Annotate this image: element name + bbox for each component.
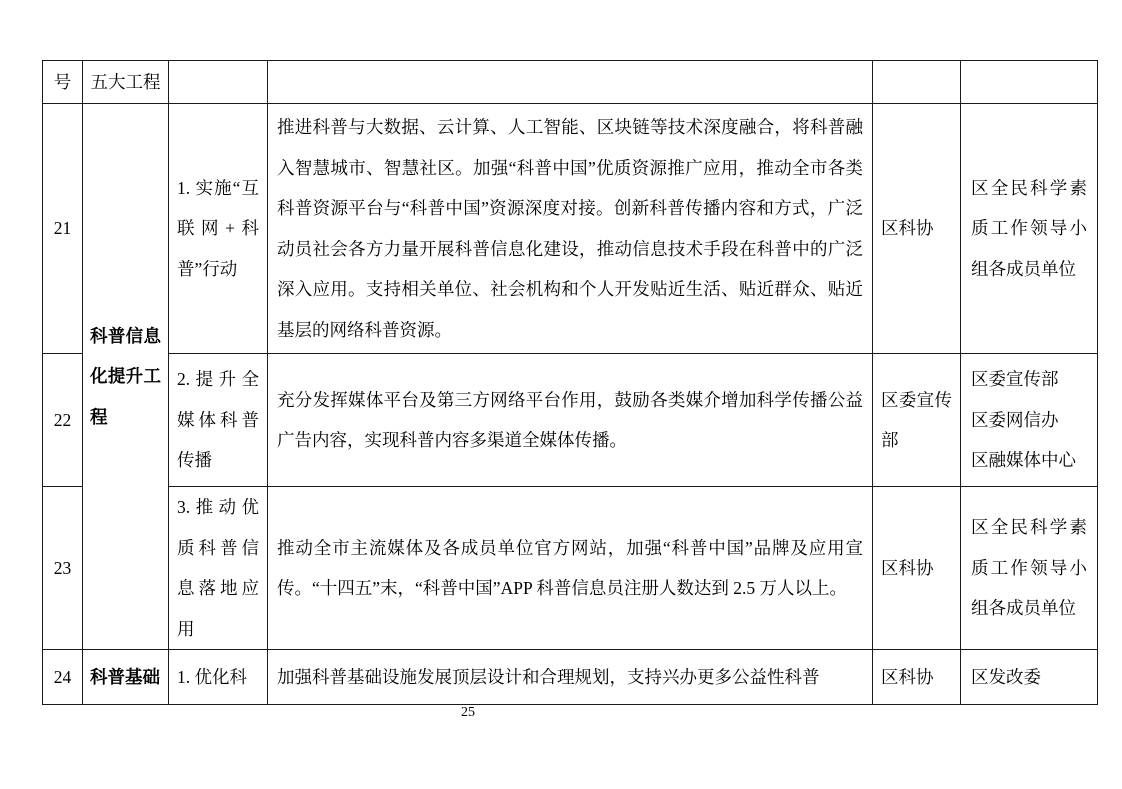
member-unit: 区发改委 — [971, 657, 1087, 698]
header-lead-unit — [873, 61, 961, 104]
cell-task: 1. 优化科 — [169, 650, 268, 705]
page-number: 25 — [438, 703, 498, 723]
member-unit: 区全民科学素质工作领导小组各成员单位 — [971, 507, 1087, 629]
member-unit: 区全民科学素质工作领导小组各成员单位 — [971, 168, 1087, 290]
cell-task: 2.提升全媒体科普传播 — [169, 354, 268, 487]
cell-project: 科普基础 — [83, 650, 169, 705]
plan-table: 号 五大工程 21 科普信息化提升工程 1. 实施“互联网+科普”行动 推进科普… — [42, 60, 1098, 705]
cell-member-units: 区全民科学素质工作领导小组各成员单位 — [961, 104, 1098, 354]
cell-task: 1. 实施“互联网+科普”行动 — [169, 104, 268, 354]
cell-member-units: 区全民科学素质工作领导小组各成员单位 — [961, 487, 1098, 650]
member-unit: 区委宣传部 — [971, 359, 1087, 400]
cell-content: 充分发挥媒体平台及第三方网络平台作用，鼓励各类媒介增加科学传播公益广告内容，实现… — [268, 354, 873, 487]
cell-lead-unit: 区科协 — [873, 487, 961, 650]
cell-task: 3.推动优质科普信息落地应用 — [169, 487, 268, 650]
cell-content: 加强科普基础设施发展顶层设计和合理规划，支持兴办更多公益性科普 — [268, 650, 873, 705]
member-unit: 区委网信办 — [971, 400, 1087, 441]
cell-no: 21 — [43, 104, 83, 354]
table-row: 23 3.推动优质科普信息落地应用 推动全市主流媒体及各成员单位官方网站，加强“… — [43, 487, 1098, 650]
cell-lead-unit: 区科协 — [873, 650, 961, 705]
cell-no: 24 — [43, 650, 83, 705]
cell-no: 22 — [43, 354, 83, 487]
document-page: 号 五大工程 21 科普信息化提升工程 1. 实施“互联网+科普”行动 推进科普… — [0, 0, 1122, 789]
header-member-units — [961, 61, 1098, 104]
cell-project: 科普信息化提升工程 — [83, 104, 169, 650]
cell-member-units: 区委宣传部 区委网信办 区融媒体中心 — [961, 354, 1098, 487]
header-five-projects: 五大工程 — [83, 61, 169, 104]
table-row: 24 科普基础 1. 优化科 加强科普基础设施发展顶层设计和合理规划，支持兴办更… — [43, 650, 1098, 705]
cell-content: 推动全市主流媒体及各成员单位官方网站，加强“科普中国”品牌及应用宣传。“十四五”… — [268, 487, 873, 650]
table-row: 22 2.提升全媒体科普传播 充分发挥媒体平台及第三方网络平台作用，鼓励各类媒介… — [43, 354, 1098, 487]
cell-content: 推进科普与大数据、云计算、人工智能、区块链等技术深度融合，将科普融入智慧城市、智… — [268, 104, 873, 354]
table-row: 21 科普信息化提升工程 1. 实施“互联网+科普”行动 推进科普与大数据、云计… — [43, 104, 1098, 354]
member-unit: 区融媒体中心 — [971, 440, 1087, 481]
cell-member-units: 区发改委 — [961, 650, 1098, 705]
header-content — [268, 61, 873, 104]
cell-lead-unit: 区科协 — [873, 104, 961, 354]
cell-lead-unit: 区委宣传部 — [873, 354, 961, 487]
cell-no: 23 — [43, 487, 83, 650]
table-header-row: 号 五大工程 — [43, 61, 1098, 104]
header-no: 号 — [43, 61, 83, 104]
header-task — [169, 61, 268, 104]
